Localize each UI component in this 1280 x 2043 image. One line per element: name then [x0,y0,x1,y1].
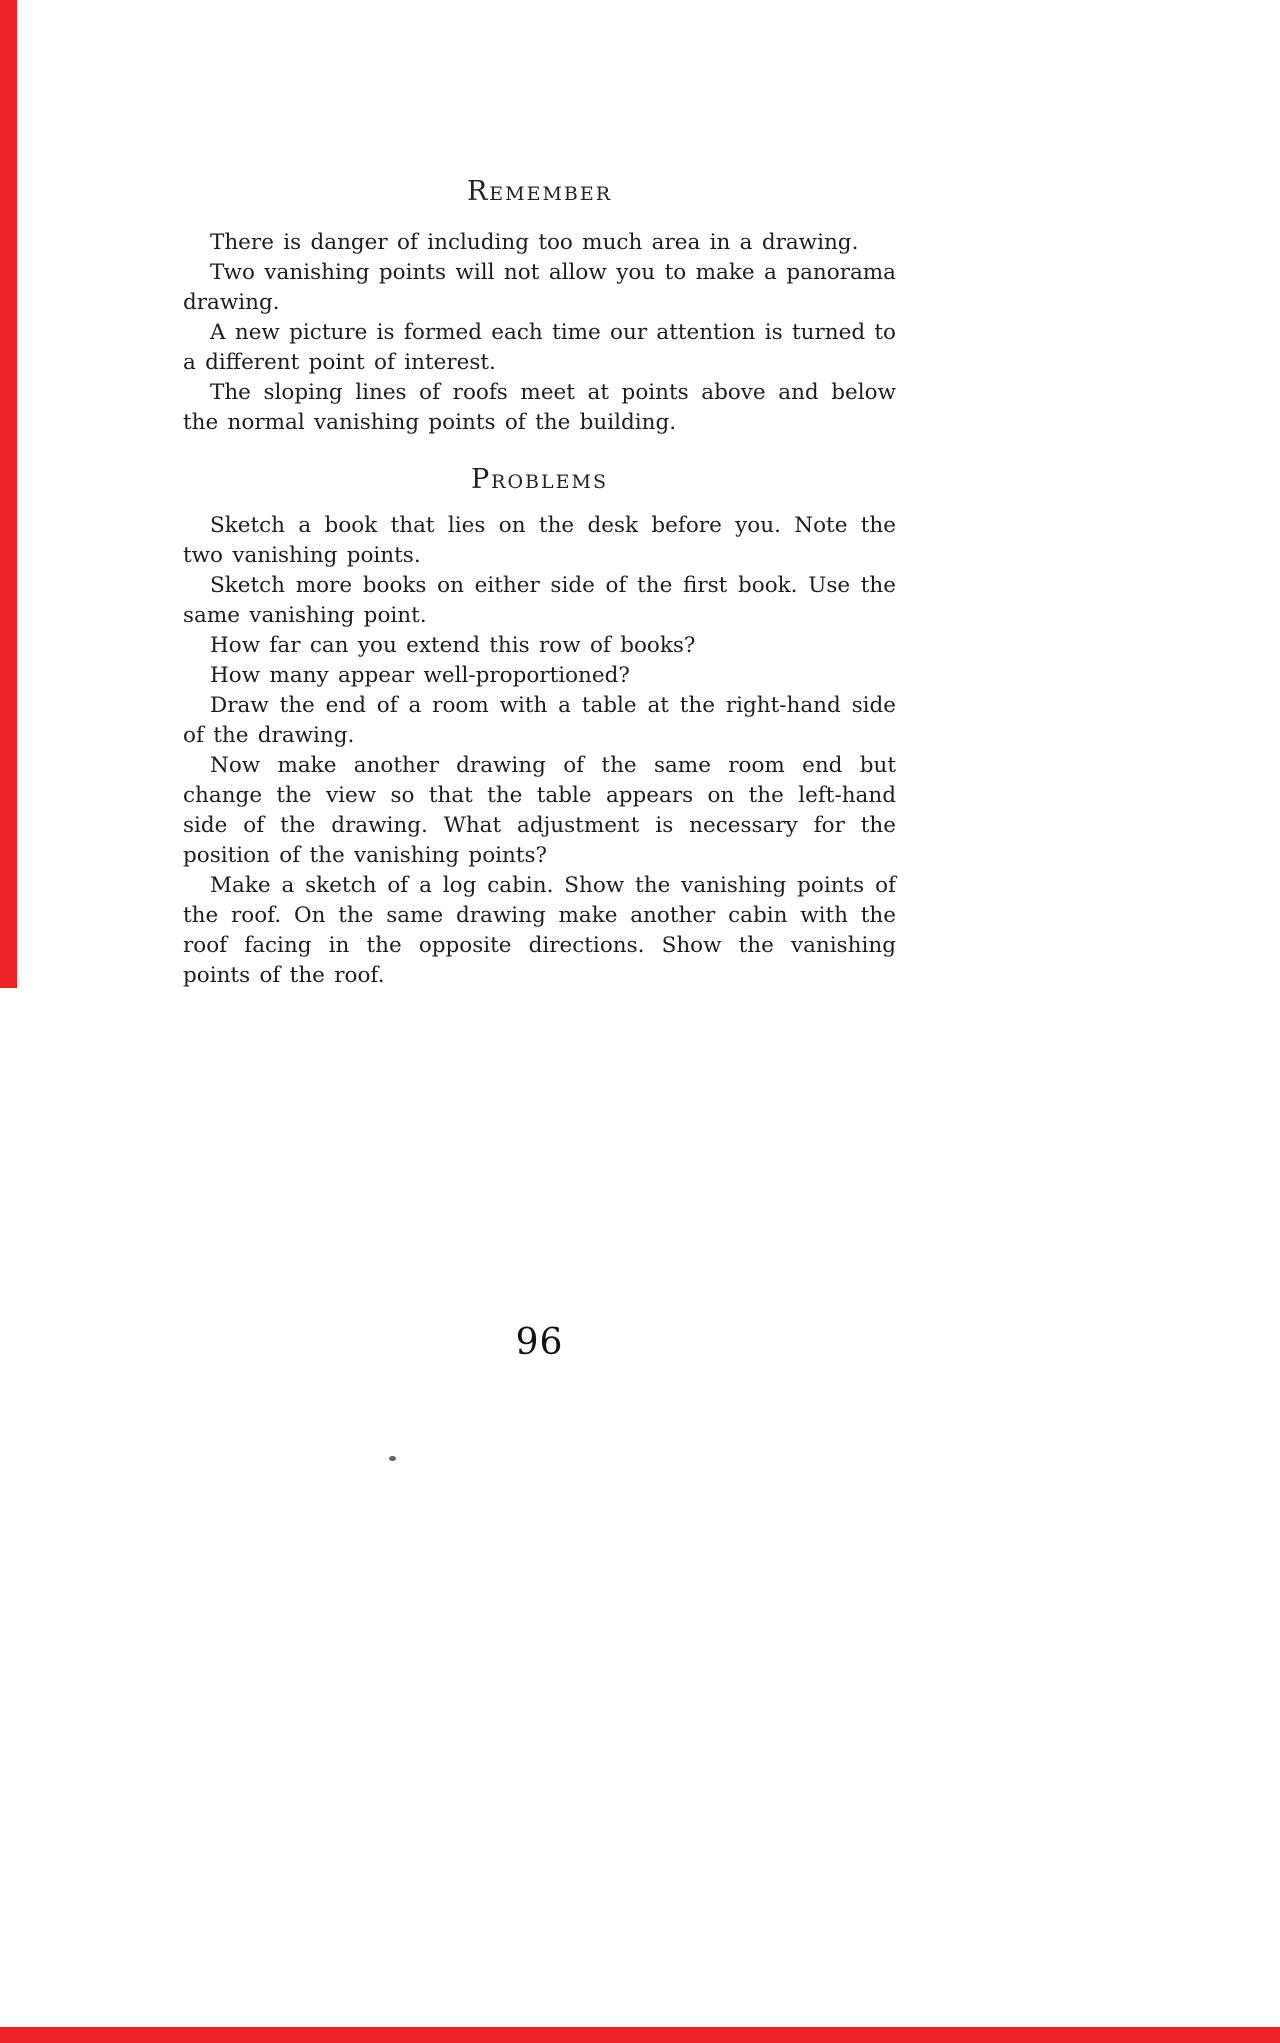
section-heading-remember: Remember [183,176,896,207]
text-column: Remember There is danger of including to… [183,176,896,991]
body-paragraph: How many appear well-proportioned? [183,661,896,691]
body-paragraph: A new picture is formed each time our at… [183,318,896,378]
body-paragraph: Make a sketch of a log cabin. Show the v… [183,871,896,991]
body-paragraph: How far can you extend this row of books… [183,631,896,661]
body-paragraph: Draw the end of a room with a table at t… [183,691,896,751]
section-heading-problems: Problems [183,464,896,495]
bottom-scan-edge-stripe [0,2027,1280,2043]
body-paragraph: Now make another drawing of the same roo… [183,751,896,871]
body-paragraph: There is danger of including too much ar… [183,228,896,258]
page-number: 96 [183,1322,896,1363]
body-paragraph: Sketch a book that lies on the desk befo… [183,511,896,571]
book-page: Remember There is danger of including to… [0,0,1280,2043]
left-scan-edge-stripe [0,0,17,988]
print-speck [389,1456,396,1461]
body-paragraph: Two vanishing points will not allow you … [183,258,896,318]
body-paragraph: The sloping lines of roofs meet at point… [183,378,896,438]
body-paragraph: Sketch more books on either side of the … [183,571,896,631]
